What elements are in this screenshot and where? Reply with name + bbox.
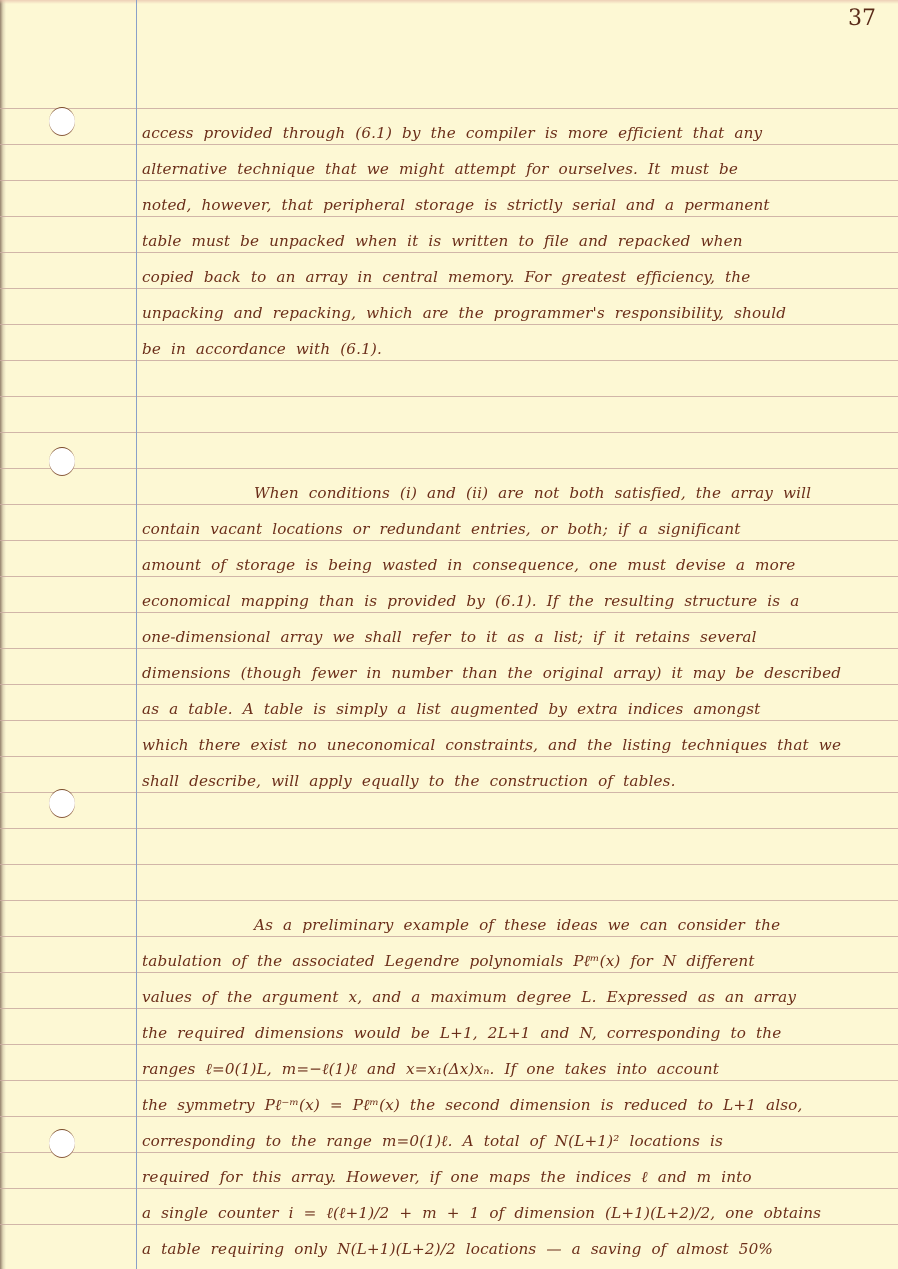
ruled-line — [0, 1116, 898, 1117]
text-line: which there exist no uneconomical constr… — [142, 735, 887, 755]
ruled-line — [0, 1044, 898, 1045]
text-line: copied back to an array in central memor… — [142, 267, 887, 287]
ruled-line — [0, 540, 898, 541]
ruled-line — [0, 396, 898, 397]
ruled-line — [0, 864, 898, 865]
text-line: ranges ℓ=0(1)L, m=−ℓ(1)ℓ and x=x₁(Δx)xₙ.… — [142, 1059, 887, 1079]
ruled-line — [0, 612, 898, 613]
ruled-line — [0, 1008, 898, 1009]
ruled-line — [0, 468, 898, 469]
page-number: 37 — [848, 6, 876, 31]
margin-line — [136, 0, 137, 1269]
ruled-line — [0, 648, 898, 649]
ruled-line — [0, 720, 898, 721]
ruled-line — [0, 792, 898, 793]
text-line: unpacking and repacking, which are the p… — [142, 303, 887, 323]
ruled-line — [0, 324, 898, 325]
ruled-line — [0, 1188, 898, 1189]
ruled-line — [0, 360, 898, 361]
text-line: corresponding to the range m=0(1)ℓ. A to… — [142, 1131, 887, 1151]
text-line: economical mapping than is provided by (… — [142, 591, 887, 611]
ruled-line — [0, 1080, 898, 1081]
ruled-line — [0, 828, 898, 829]
text-line: as a table. A table is simply a list aug… — [142, 699, 887, 719]
text-line: access provided through (6.1) by the com… — [142, 123, 887, 143]
page-top-edge — [0, 0, 898, 4]
punch-hole — [49, 789, 75, 818]
text-line: contain vacant locations or redundant en… — [142, 519, 887, 539]
text-line: dimensions (though fewer in number than … — [142, 663, 887, 683]
text-line: table must be unpacked when it is writte… — [142, 231, 887, 251]
ruled-line — [0, 684, 898, 685]
punch-hole — [49, 447, 75, 476]
ruled-line — [0, 288, 898, 289]
text-line: When conditions (i) and (ii) are not bot… — [142, 483, 887, 503]
ruled-line — [0, 432, 898, 433]
text-line: noted, however, that peripheral storage … — [142, 195, 887, 215]
ruled-line — [0, 756, 898, 757]
text-line: As a preliminary example of these ideas … — [142, 915, 887, 935]
text-line: amount of storage is being wasted in con… — [142, 555, 887, 575]
ruled-line — [0, 504, 898, 505]
ruled-line — [0, 1224, 898, 1225]
text-line: one-dimensional array we shall refer to … — [142, 627, 887, 647]
text-line: a single counter i = ℓ(ℓ+1)/2 + m + 1 of… — [142, 1203, 887, 1223]
ruled-line — [0, 216, 898, 217]
text-line: tabulation of the associated Legendre po… — [142, 951, 887, 971]
text-line: the symmetry Pℓ⁻ᵐ(x) = Pℓᵐ(x) the second… — [142, 1095, 887, 1115]
ruled-line — [0, 576, 898, 577]
punch-hole — [49, 1129, 75, 1158]
text-line: alternative technique that we might atte… — [142, 159, 887, 179]
notebook-page: 37 access provided through (6.1) by the … — [0, 0, 898, 1269]
ruled-line — [0, 144, 898, 145]
punch-hole — [49, 107, 75, 136]
ruled-line — [0, 180, 898, 181]
text-line: shall describe, will apply equally to th… — [142, 771, 887, 791]
text-line: be in accordance with (6.1). — [142, 339, 887, 359]
ruled-line — [0, 900, 898, 901]
text-line: the required dimensions would be L+1, 2L… — [142, 1023, 887, 1043]
text-line: values of the argument x, and a maximum … — [142, 987, 887, 1007]
ruled-line — [0, 972, 898, 973]
text-line: required for this array. However, if one… — [142, 1167, 887, 1187]
ruled-line — [0, 108, 898, 109]
ruled-line — [0, 1152, 898, 1153]
ruled-line — [0, 252, 898, 253]
text-line: a table requiring only N(L+1)(L+2)/2 loc… — [142, 1239, 887, 1259]
ruled-line — [0, 936, 898, 937]
